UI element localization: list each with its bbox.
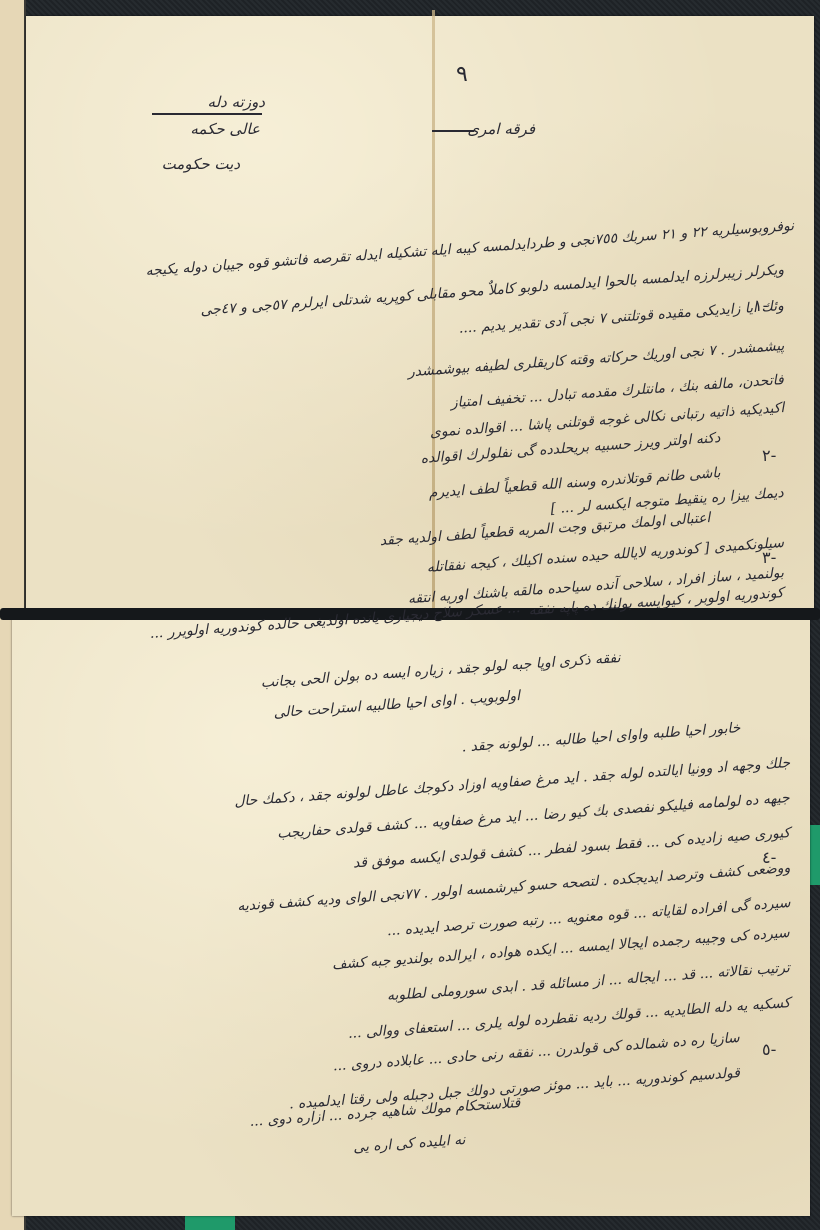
- header-underline: [152, 113, 262, 115]
- header-line-2: عالی حكمه: [190, 120, 260, 138]
- item-marker-2: ٢-: [762, 446, 776, 465]
- vertical-fold: [432, 10, 435, 610]
- header-line-3: دیت حکومت: [162, 155, 240, 173]
- green-strip-bottom: [185, 1215, 235, 1230]
- item-marker-5: ٥-: [762, 1040, 776, 1059]
- header-right-label: فرقه امری: [467, 120, 535, 138]
- page-number: ٩: [456, 62, 468, 87]
- green-strip-right: [810, 825, 820, 885]
- header-line-1: دوزته دله: [208, 93, 265, 111]
